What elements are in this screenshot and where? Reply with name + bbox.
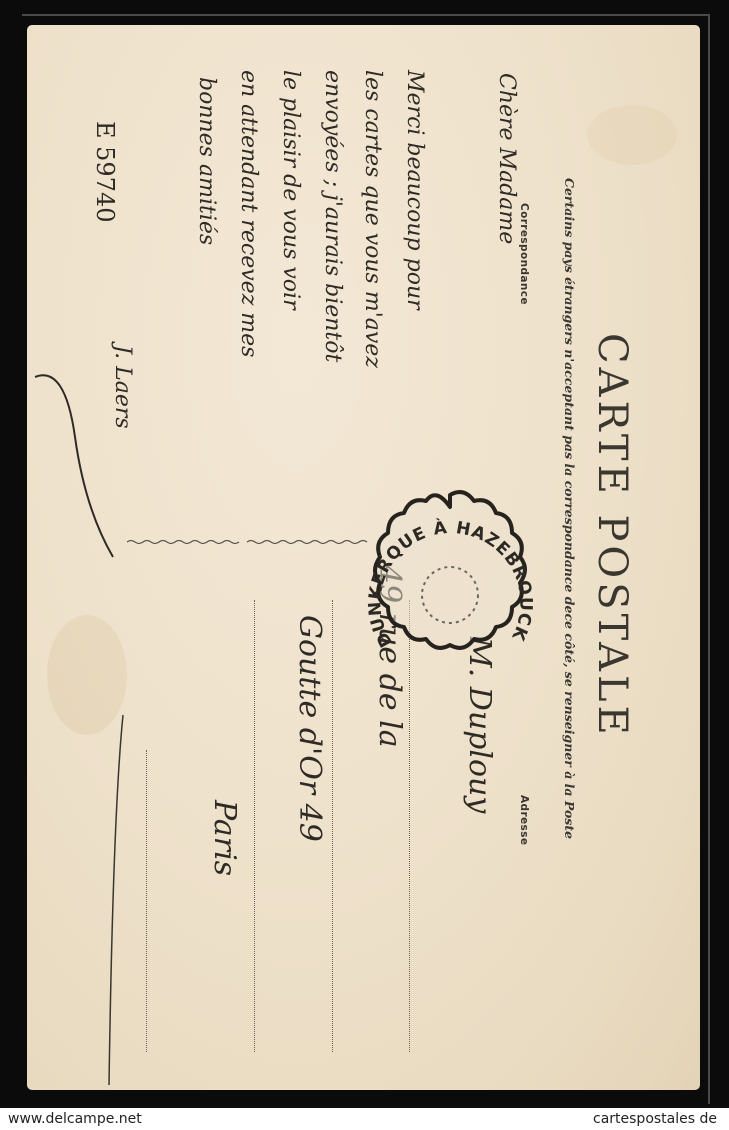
- watermark-bar: www.delcampe.net cartespostales de: [0, 1108, 729, 1130]
- scan-background: CARTE POSTALE Certains pays étrangers n'…: [0, 0, 729, 1108]
- watermark-right: cartespostales de: [593, 1111, 717, 1127]
- postcard-back: CARTE POSTALE Certains pays étrangers n'…: [27, 25, 700, 1090]
- watermark-left[interactable]: www.delcampe.net: [8, 1111, 142, 1127]
- postmark-stamp: DUNKERQUE À HAZEBROUCK: [343, 483, 558, 698]
